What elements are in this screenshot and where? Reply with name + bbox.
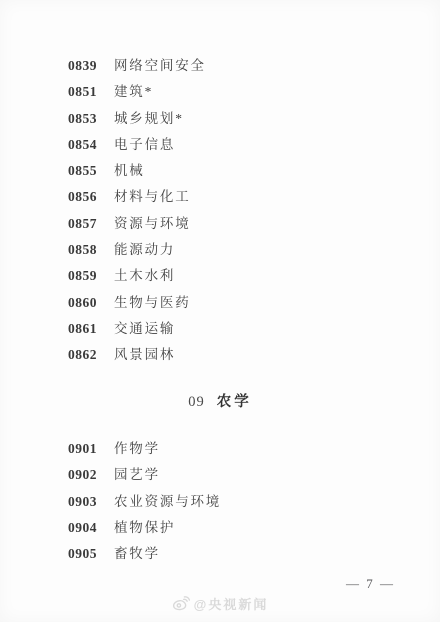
discipline-name: 城乡规划* [114, 107, 184, 127]
list-item: 0903农业资源与环境 [0, 490, 440, 516]
list-item: 0856材料与化工 [0, 185, 440, 211]
discipline-code: 0861 [68, 321, 102, 337]
watermark: @央视新闻 [0, 594, 440, 613]
discipline-name: 植物保护 [114, 516, 175, 536]
section-heading-title: 农学 [217, 394, 252, 410]
discipline-code: 0860 [68, 295, 102, 311]
discipline-name: 园艺学 [114, 463, 160, 483]
list-item: 0853城乡规划* [0, 107, 440, 133]
section-heading-code: 09 [188, 394, 205, 410]
discipline-name: 作物学 [114, 437, 160, 457]
list-item: 0857资源与环境 [0, 212, 440, 238]
list-item: 0858能源动力 [0, 238, 440, 264]
list-item: 0904植物保护 [0, 516, 440, 542]
discipline-code: 0904 [68, 520, 102, 536]
discipline-list-section-08: 0839网络空间安全0851建筑*0853城乡规划*0854电子信息0855机械… [0, 54, 440, 370]
discipline-code: 0903 [68, 494, 102, 510]
discipline-name: 资源与环境 [114, 212, 191, 232]
discipline-name: 生物与医药 [114, 291, 191, 311]
discipline-code: 0853 [68, 111, 102, 127]
list-item: 0851建筑* [0, 80, 440, 106]
list-item: 0861交通运输 [0, 317, 440, 343]
discipline-name: 能源动力 [114, 238, 175, 258]
discipline-code: 0839 [68, 58, 102, 74]
list-item: 0854电子信息 [0, 133, 440, 159]
discipline-name: 土木水利 [114, 264, 175, 284]
list-item: 0860生物与医药 [0, 291, 440, 317]
discipline-name: 电子信息 [114, 133, 175, 153]
list-item: 0855机械 [0, 159, 440, 185]
discipline-code: 0862 [68, 347, 102, 363]
list-item: 0839网络空间安全 [0, 54, 440, 80]
watermark-text: @央视新闻 [194, 594, 269, 613]
discipline-code: 0856 [68, 189, 102, 205]
discipline-code: 0858 [68, 242, 102, 258]
discipline-code: 0857 [68, 216, 102, 232]
discipline-code: 0905 [68, 546, 102, 562]
list-item: 0905畜牧学 [0, 542, 440, 568]
discipline-name: 建筑* [114, 80, 153, 100]
page-number: — 7 — [346, 576, 395, 592]
discipline-name: 畜牧学 [114, 542, 160, 562]
discipline-name: 网络空间安全 [114, 54, 206, 74]
list-item: 0902园艺学 [0, 463, 440, 489]
section-heading: 09农学 [0, 390, 440, 411]
discipline-code: 0901 [68, 441, 102, 457]
discipline-name: 风景园林 [114, 343, 175, 363]
weibo-icon [172, 596, 190, 611]
discipline-name: 交通运输 [114, 317, 175, 337]
discipline-name: 机械 [114, 159, 145, 179]
discipline-code: 0854 [68, 137, 102, 153]
discipline-code: 0855 [68, 163, 102, 179]
list-item: 0901作物学 [0, 437, 440, 463]
discipline-name: 材料与化工 [114, 185, 191, 205]
document-page: 0839网络空间安全0851建筑*0853城乡规划*0854电子信息0855机械… [0, 0, 440, 622]
discipline-code: 0859 [68, 268, 102, 284]
discipline-code: 0851 [68, 84, 102, 100]
list-item: 0862风景园林 [0, 343, 440, 369]
discipline-code: 0902 [68, 467, 102, 483]
list-item: 0859土木水利 [0, 264, 440, 290]
discipline-name: 农业资源与环境 [114, 490, 221, 510]
discipline-list-section-09: 0901作物学0902园艺学0903农业资源与环境0904植物保护0905畜牧学 [0, 437, 440, 568]
